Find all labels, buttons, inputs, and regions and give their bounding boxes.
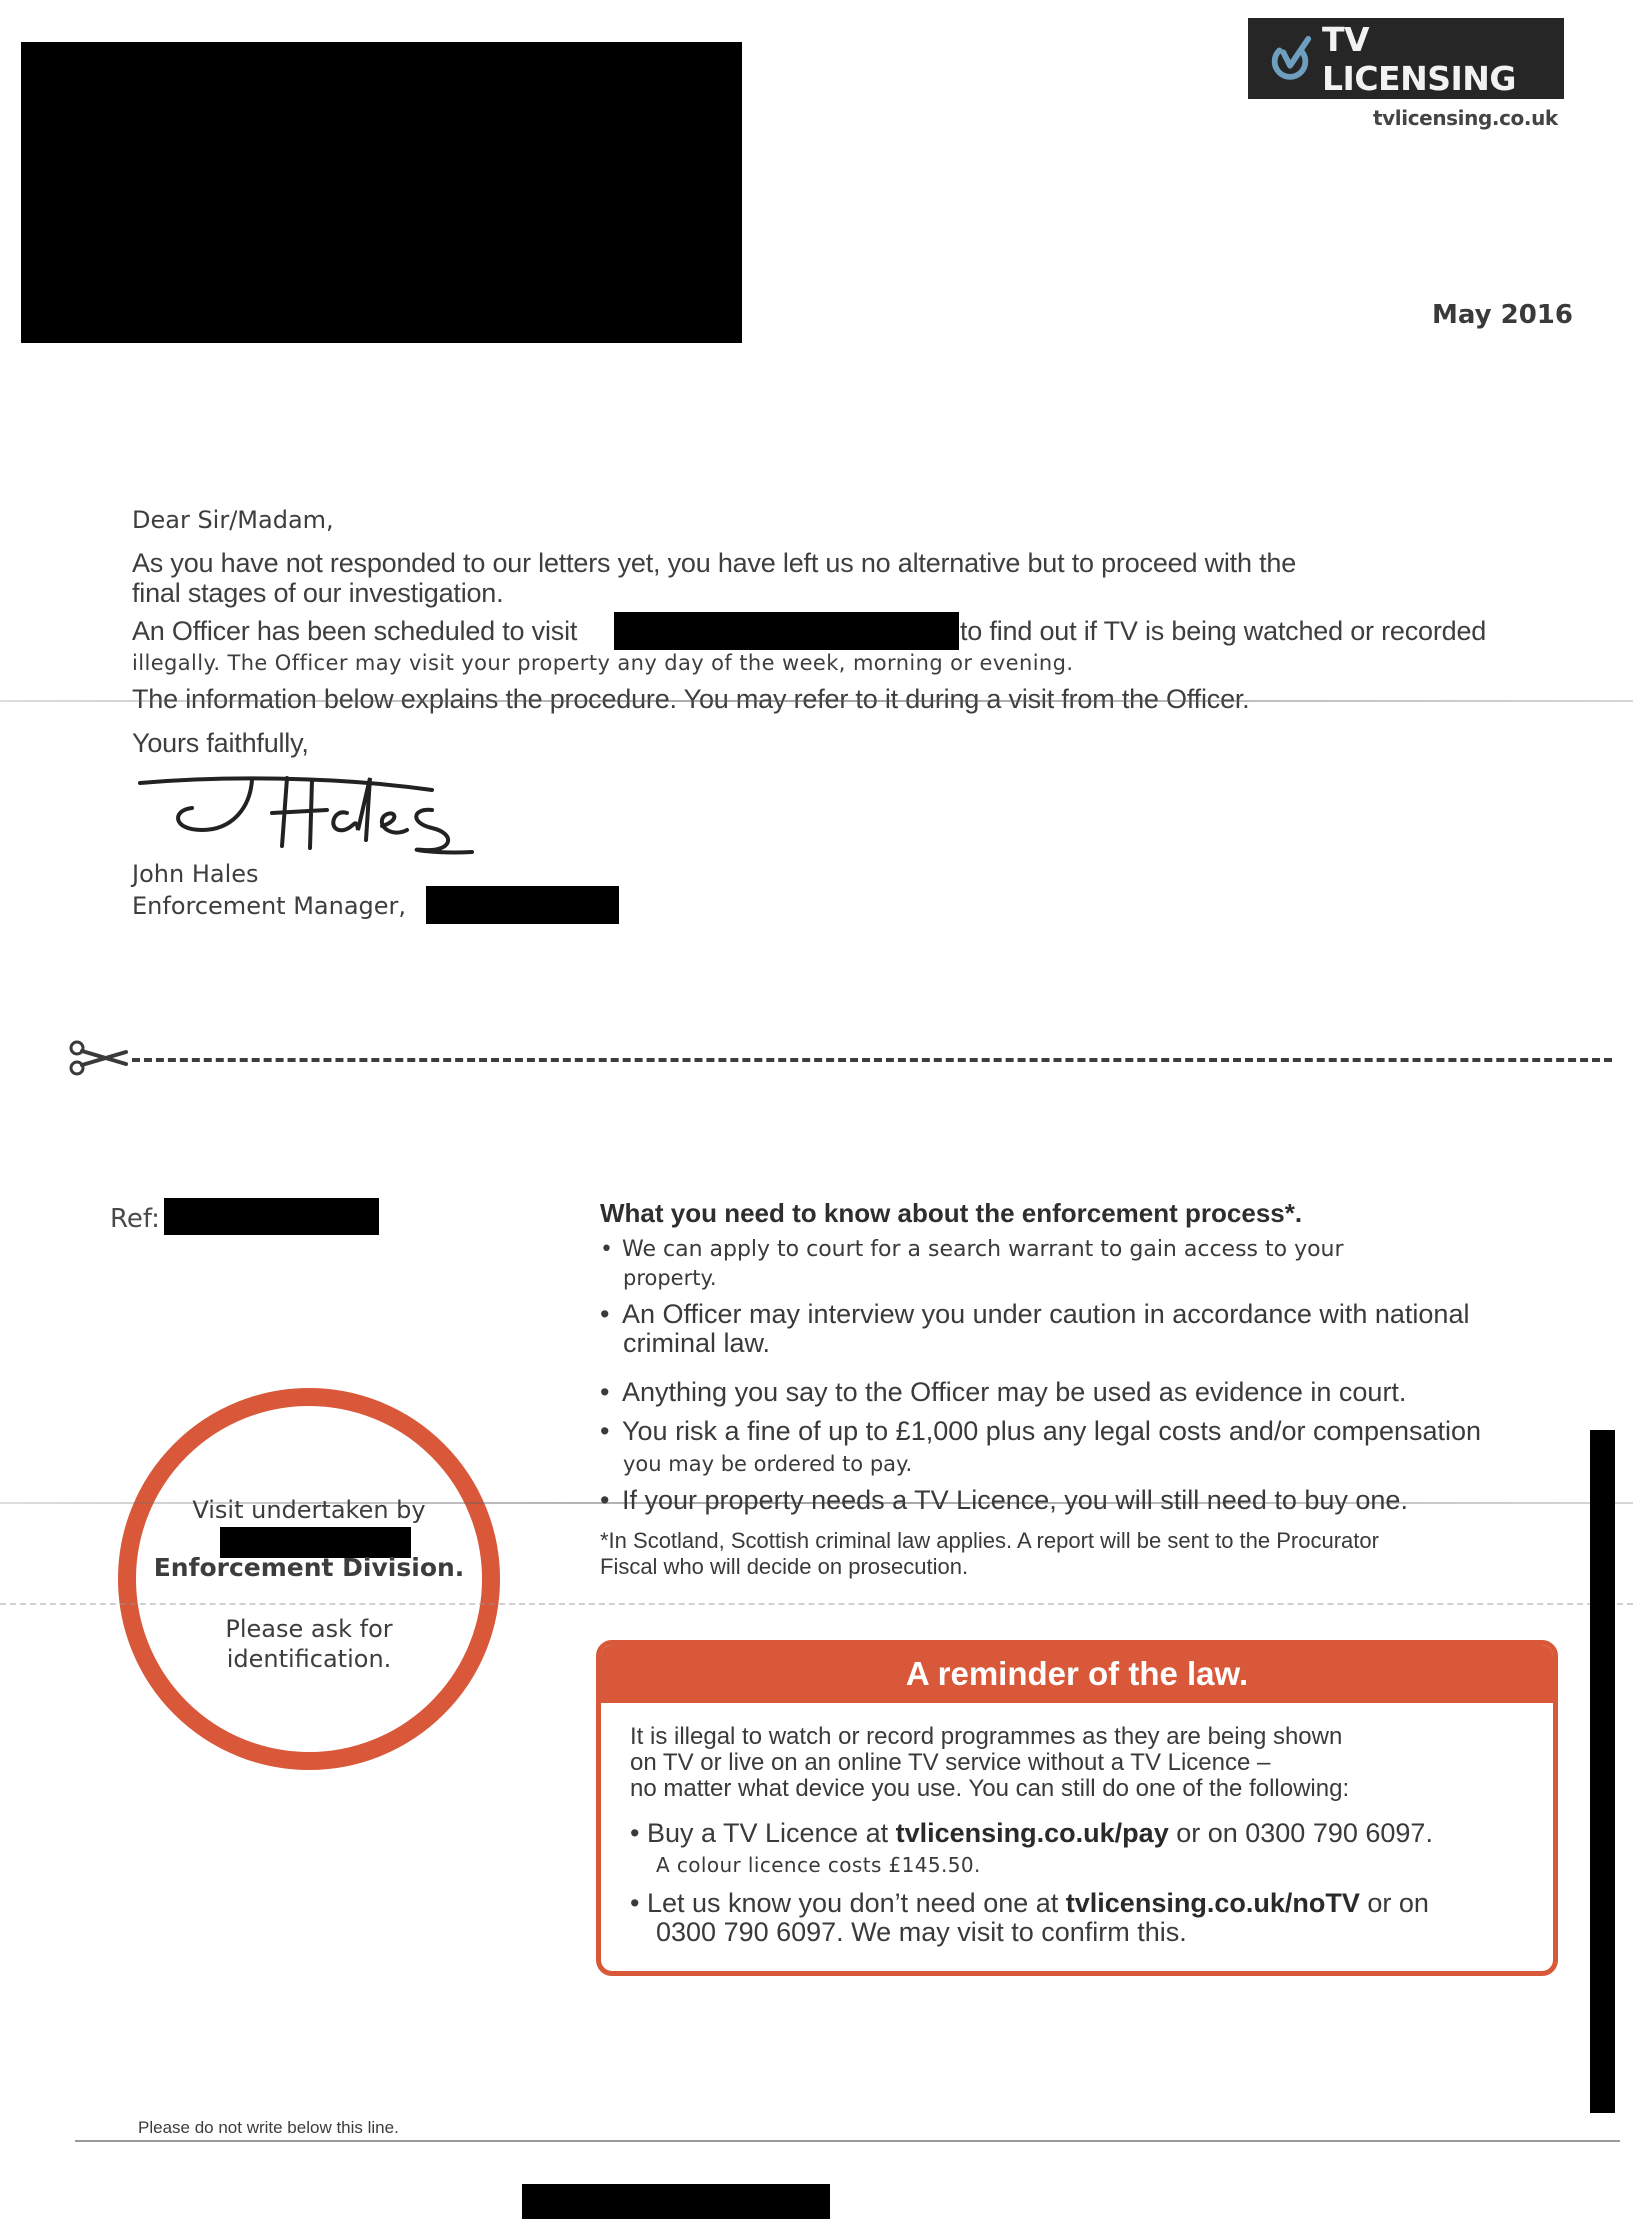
stamp-line-3: Please ask for: [118, 1615, 500, 1643]
redacted-reference: [164, 1198, 379, 1235]
reminder-intro-1: It is illegal to watch or record program…: [630, 1723, 1342, 1751]
reminder-option-2-cont: 0300 790 6097. We may visit to confirm t…: [656, 1917, 1187, 1948]
reminder-option-1: • Buy a TV Licence at tvlicensing.co.uk/…: [630, 1818, 1433, 1849]
cut-here-line: [132, 1058, 1612, 1062]
fold-dash-line: [0, 1603, 1633, 1605]
brand-url: tvlicensing.co.uk: [1373, 106, 1558, 130]
bullet-text: We can apply to court for a search warra…: [622, 1237, 1344, 1262]
pay-link[interactable]: tvlicensing.co.uk/pay: [896, 1818, 1169, 1848]
fold-line: [0, 700, 1633, 702]
letter-date: May 2016: [1432, 300, 1573, 330]
paragraph-2-line-2: illegally. The Officer may visit your pr…: [132, 651, 1073, 675]
process-bullet-3: •Anything you say to the Officer may be …: [600, 1377, 1406, 1408]
bullet-text: If your property needs a TV Licence, you…: [622, 1485, 1408, 1515]
redacted-organisation: [426, 886, 619, 924]
stamp-line-2: Enforcement Division.: [118, 1553, 500, 1582]
bullet-dot: •: [630, 1818, 647, 1848]
redacted-footer-code: [522, 2184, 830, 2219]
paragraph-2-end: to find out if TV is being watched or re…: [960, 616, 1486, 647]
redacted-visit-address: [614, 612, 959, 650]
option-1-text: Buy a TV Licence at: [647, 1818, 896, 1848]
salutation: Dear Sir/Madam,: [132, 506, 334, 534]
signatory-title: Enforcement Manager,: [132, 892, 406, 920]
tick-power-icon: [1266, 32, 1314, 86]
stamp-line-1: Visit undertaken by: [118, 1496, 500, 1524]
signatory-name: John Hales: [132, 860, 259, 888]
option-2-text: Let us know you don’t need one at: [647, 1888, 1066, 1918]
paragraph-1-line-1: As you have not responded to our letters…: [132, 548, 1296, 579]
scissors-icon: [68, 1040, 130, 1076]
process-bullet-5: •If your property needs a TV Licence, yo…: [600, 1485, 1408, 1516]
bullet-dot: •: [630, 1888, 647, 1918]
redacted-barcode-strip: [1590, 1430, 1615, 2113]
paragraph-1-line-2: final stages of our investigation.: [132, 578, 503, 609]
option-1-phone: or on 0300 790 6097.: [1169, 1818, 1433, 1848]
process-bullet-2-cont: criminal law.: [623, 1328, 770, 1359]
stamp-line-4: identification.: [118, 1645, 500, 1673]
paragraph-2-start: An Officer has been scheduled to visit: [132, 616, 577, 647]
ref-label: Ref:: [110, 1204, 160, 1234]
signature: [132, 768, 482, 858]
option-2-tail: or on: [1360, 1888, 1429, 1918]
process-bullet-1: •We can apply to court for a search warr…: [600, 1237, 1344, 1262]
process-bullet-2: •An Officer may interview you under caut…: [600, 1299, 1469, 1330]
reminder-title: A reminder of the law.: [601, 1645, 1553, 1703]
no-write-notice: Please do not write below this line.: [138, 2118, 399, 2138]
brand-name: TV LICENSING: [1322, 20, 1564, 98]
tv-licensing-logo: TV LICENSING: [1248, 18, 1564, 99]
reminder-option-2: • Let us know you don’t need one at tvli…: [630, 1888, 1429, 1919]
scotland-footnote-2: Fiscal who will decide on prosecution.: [600, 1554, 968, 1580]
process-title: What you need to know about the enforcem…: [600, 1198, 1302, 1229]
notv-link[interactable]: tvlicensing.co.uk/noTV: [1066, 1888, 1360, 1918]
redacted-address-block: [21, 42, 742, 343]
process-bullet-4: •You risk a fine of up to £1,000 plus an…: [600, 1416, 1481, 1447]
reminder-intro-3: no matter what device you use. You can s…: [630, 1775, 1349, 1803]
bottom-rule: [75, 2140, 1620, 2142]
bullet-text: You risk a fine of up to £1,000 plus any…: [622, 1416, 1481, 1446]
licence-cost-note: A colour licence costs £145.50.: [656, 1853, 981, 1877]
scotland-footnote-1: *In Scotland, Scottish criminal law appl…: [600, 1528, 1379, 1554]
bullet-text: Anything you say to the Officer may be u…: [622, 1377, 1406, 1407]
process-bullet-1-cont: property.: [623, 1266, 717, 1290]
closing: Yours faithfully,: [132, 728, 309, 759]
reminder-intro-2: on TV or live on an online TV service wi…: [630, 1749, 1270, 1777]
process-bullet-4-cont: you may be ordered to pay.: [623, 1452, 912, 1476]
bullet-text: An Officer may interview you under cauti…: [622, 1299, 1469, 1329]
